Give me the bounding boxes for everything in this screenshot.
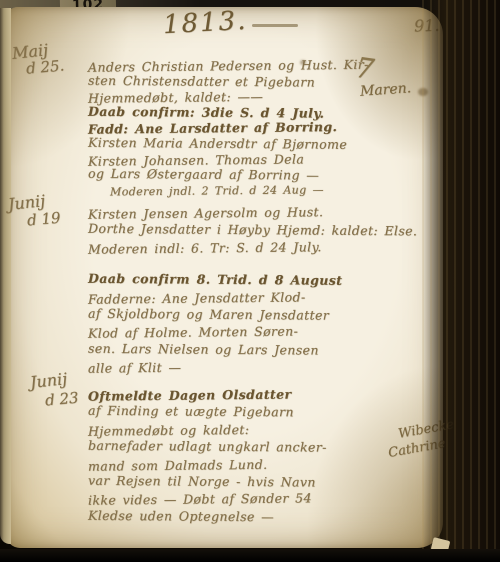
margin-month: Junij [29,369,68,392]
margin-day: d 25. [25,56,65,77]
film-bottom-band [0,549,500,562]
margin-day: d 19 [26,209,61,230]
left-page-edge [0,8,11,544]
book-fore-edge [422,0,500,562]
entry-line: alle af Klit — [88,357,406,378]
register-entry: Anders Christian Pedersen og Hust. Kir- … [88,58,406,198]
margin-day: d 23 [44,389,79,410]
register-entry: Kirsten Jensen Agersolm og Hust. Dorthe … [88,204,406,376]
entry-line: Moderen jndl. 2 Trid. d 24 Aug — [88,181,406,200]
scanned-register-photo: 102 1813. 91. Maij d 25. 7 Maren. Anders… [0,0,500,562]
entry-line: Kledse uden Optegnelse — [88,507,406,527]
register-entry: Oftmeldte Dagen Olsdatter af Finding et … [88,386,406,525]
year-heading: 1813. [162,6,248,40]
entry-line: Moderen indl: 6. Tr: S. d 24 July. [88,237,406,258]
heading-dash [252,24,298,27]
